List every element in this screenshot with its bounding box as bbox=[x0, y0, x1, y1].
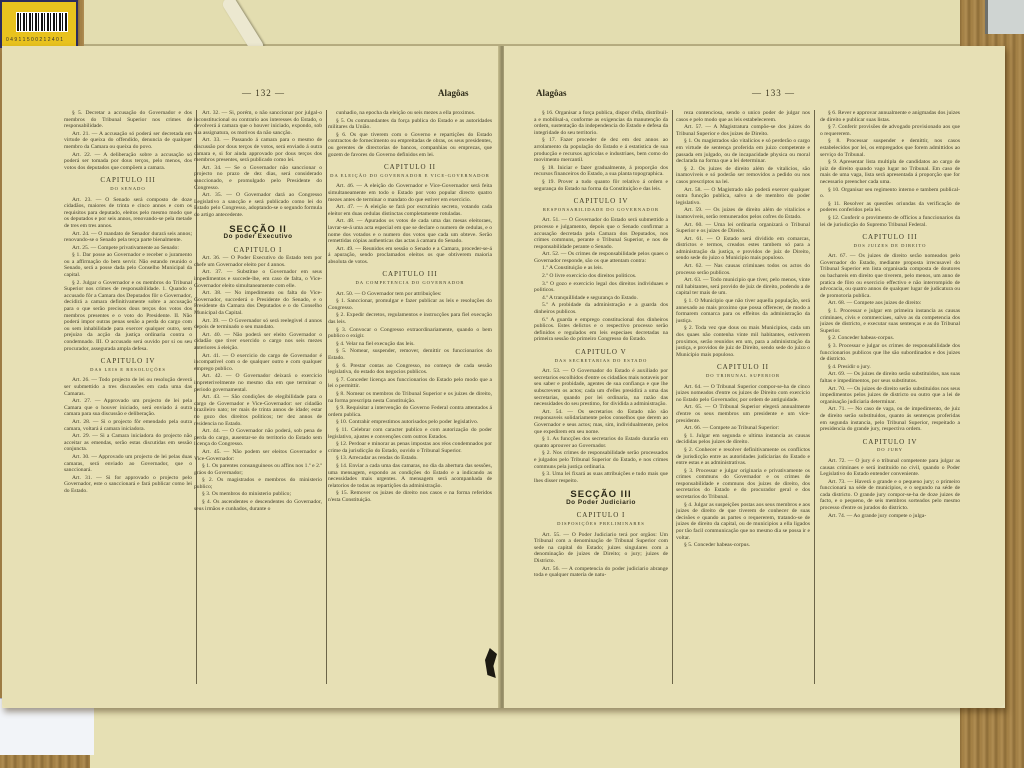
article-paragraph: § 3. Uma lei fixará as suas attribuições… bbox=[534, 471, 668, 484]
article-paragraph: Art. 49. — Reunidos em sessão o Senado e… bbox=[328, 246, 492, 266]
article-paragraph: Art. 61. — O Estado será dividido em com… bbox=[676, 236, 810, 262]
article-paragraph: 5.º A probidade da administração e a gua… bbox=[534, 302, 668, 315]
barcode-icon bbox=[16, 12, 68, 32]
article-paragraph: § 6. Prestar contas ao Congresso, no com… bbox=[328, 363, 492, 376]
article-paragraph: Art. 22. — A deliberação sobre a accusaç… bbox=[64, 152, 192, 172]
article-paragraph: Art. 39. — O Governador só será reelegiv… bbox=[194, 318, 322, 331]
article-paragraph: Art. 65. — O Tribunal Superior elegerá a… bbox=[676, 404, 810, 424]
article-paragraph: § 4. Presidir o jury. bbox=[820, 364, 960, 371]
article-paragraph: § 3. Processar e julgar os crimes de res… bbox=[820, 343, 960, 363]
chapter-heading: CAPITULO I bbox=[534, 512, 668, 519]
article-paragraph: Art. 58. — O Magistrado não poderá exerc… bbox=[676, 187, 810, 207]
article-paragraph: § 10. Organisar seu regimento interno e … bbox=[820, 187, 960, 200]
article-paragraph: § 10. Contrahir emprestimos autorisados … bbox=[328, 419, 492, 426]
article-paragraph: § 12. Perdoar e minorar as penas imposta… bbox=[328, 441, 492, 454]
article-paragraph: 6.º A guarda e emprego constitucional do… bbox=[534, 317, 668, 343]
sub-heading: DO JURY bbox=[820, 447, 960, 454]
sub-heading: DAS LEIS E RESOLUÇÕES bbox=[64, 367, 192, 374]
article-paragraph: Art. 45. — Não podem ser eleitos Governa… bbox=[194, 449, 322, 462]
article-paragraph: § 7. Conceder licença aos funccionarios … bbox=[328, 377, 492, 390]
article-paragraph: § 1. Sanccionar, promulgar e fazer publi… bbox=[328, 298, 492, 311]
article-paragraph: Art. 63. — Todo municipio que tiver, pel… bbox=[676, 277, 810, 297]
right-page: Alagôas — 133 — § 16. Organisar a força … bbox=[504, 46, 1005, 708]
article-paragraph: Art. 48. — Apurados os votos de cada uma… bbox=[328, 218, 492, 244]
article-paragraph: Art. 55. — O Poder Judiciario terá por o… bbox=[534, 532, 668, 565]
article-paragraph: § 2. Conhecer e resolver definitivamente… bbox=[676, 447, 810, 467]
open-book: — 132 — Alagôas § 5. Decretar a accusaçã… bbox=[2, 46, 1005, 708]
sub-heading: DO SENADO bbox=[64, 186, 192, 193]
article-paragraph: Art. 24. — O mandato de Senador durará s… bbox=[64, 231, 192, 244]
chapter-heading: CAPITULO IV bbox=[534, 198, 668, 205]
article-paragraph: Art. 68. — Compete aos juizes de direito… bbox=[820, 300, 960, 307]
article-paragraph: Art. 36. — O Poder Executivo do Estado t… bbox=[194, 255, 322, 268]
sub-heading: DOS JUIZES DE DIREITO bbox=[820, 243, 960, 250]
sub-heading: DA ELEIÇÃO DO GOVERNADOR E VICE-GOVERNAD… bbox=[328, 173, 492, 180]
section-heading: SECÇÃO II bbox=[194, 227, 322, 234]
article-paragraph: Art. 51. — O Governador do Estado será s… bbox=[534, 217, 668, 250]
article-paragraph: Art. 46. — A eleição do Governador e Vic… bbox=[328, 183, 492, 203]
article-paragraph: Art. 71. — No caso de vaga, ou de impedi… bbox=[820, 406, 960, 432]
article-paragraph: § 5. Os commandantes da força publica do… bbox=[328, 118, 492, 131]
article-paragraph: Art. 29. — Si a Camara iniciadora do pro… bbox=[64, 433, 192, 453]
article-paragraph: Art. 25. — Compete privativamente ao Sen… bbox=[64, 245, 192, 252]
right-column-1: § 16. Organisar a força publica, dispor … bbox=[534, 110, 673, 684]
article-paragraph: § 3. Os membros do ministerio publico; bbox=[194, 491, 322, 498]
article-paragraph: § 6. Rever e approvar annualmente e anig… bbox=[820, 110, 960, 123]
article-paragraph: § 8. Processar suspender e demittir, nos… bbox=[820, 138, 960, 158]
left-running-head: Alagôas bbox=[438, 88, 469, 99]
article-paragraph: § 1. Processar e julgar em primeira inst… bbox=[820, 308, 960, 334]
chapter-heading: CAPITULO III bbox=[64, 177, 192, 184]
article-paragraph: § 12. Conferir o provimento de officios … bbox=[820, 215, 960, 228]
article-paragraph: Art. 53. — O Governador do Estado é auxi… bbox=[534, 368, 668, 408]
chapter-heading: CAPITULO V bbox=[534, 349, 668, 356]
article-paragraph: Art. 56. — A competencia do poder judici… bbox=[534, 566, 668, 579]
article-paragraph: § 16. Organisar a força publica, dispor … bbox=[534, 110, 668, 136]
article-paragraph: § 1. Dar posse ao Governador e receber o… bbox=[64, 252, 192, 278]
top-card-sheet bbox=[84, 0, 960, 46]
sub-heading: DAS SECRETARIAS DO ESTADO bbox=[534, 358, 668, 365]
article-paragraph: § 1. O Municipio que não tiver aquella p… bbox=[676, 298, 810, 324]
article-paragraph: Art. 43. — São condições de elegibilidad… bbox=[194, 394, 322, 427]
section-sub-heading: Do Poder Judiciario bbox=[534, 500, 668, 507]
article-paragraph: § 19. Prover a tudo quanto fôr relativo … bbox=[534, 179, 668, 192]
article-paragraph: Art. 52. — Os crimes de responsabilidade… bbox=[534, 251, 668, 264]
chapter-heading: CAPITULO II bbox=[328, 164, 492, 171]
article-paragraph: Art. 28. — Si o projecto fôr emendado pe… bbox=[64, 419, 192, 432]
article-paragraph: reza contenciosa, sendo o unico poder de… bbox=[676, 110, 810, 123]
article-paragraph: Art. 32. — Si, porém, o não sanccionar p… bbox=[194, 110, 322, 136]
article-paragraph: § 5. Nomear, suspender, remover, demitti… bbox=[328, 348, 492, 361]
article-paragraph: § 2. Nos crimes de responsabilidade serã… bbox=[534, 450, 668, 470]
article-paragraph: Art. 64. — O Tribunal Superior compor-se… bbox=[676, 384, 810, 404]
article-paragraph: Art. 38. — No impedimento ou falta do Vi… bbox=[194, 290, 322, 316]
article-paragraph: § 8. Nomear os membros do Tribunal Super… bbox=[328, 391, 492, 404]
chapter-heading: CAPITULO I bbox=[194, 247, 322, 254]
section-heading: SECÇÃO III bbox=[534, 492, 668, 499]
article-paragraph: Art. 72. — O jury é o tribunal competent… bbox=[820, 458, 960, 478]
barcode-package: 0 4 9 1 1 5 0 0 2 1 2 4 0 1 bbox=[0, 0, 78, 48]
article-paragraph: 4.º A tranquillidade e segurança do Esta… bbox=[534, 295, 668, 302]
article-paragraph: § 2. Toda vez que dous ou mais Municipio… bbox=[676, 325, 810, 358]
article-paragraph: Art. 40. — Não poderá ser eleito Governa… bbox=[194, 332, 322, 352]
article-paragraph: § 2. Os juizes de direito além de vitali… bbox=[676, 166, 810, 186]
article-paragraph: § 14. Enviar a cada uma das camaras, no … bbox=[328, 463, 492, 489]
article-paragraph: § 1. Os parentes consanguineos ou affins… bbox=[194, 463, 322, 476]
article-paragraph: § 15. Remover os juizes de direito nos c… bbox=[328, 490, 492, 503]
article-paragraph: Art. 30. — Approvado um projecto de lei … bbox=[64, 454, 192, 474]
article-paragraph: § 17. Fazer proceder de dez em dez annos… bbox=[534, 137, 668, 163]
article-paragraph: Art. 57. — A Magistratura compõe-se dos … bbox=[676, 124, 810, 137]
article-paragraph: Art. 31. — Si for approvado o projecto p… bbox=[64, 475, 192, 495]
chapter-heading: CAPITULO III bbox=[820, 234, 960, 241]
article-paragraph: Art. 69. — Os juizes de direito serão su… bbox=[820, 371, 960, 384]
article-paragraph: Art. 26. — Todo projecto de lei ou resol… bbox=[64, 377, 192, 397]
article-paragraph: Art. 34. — Se o Governador não sancciona… bbox=[194, 165, 322, 191]
article-paragraph: § 11. Resolver as questões oriundas da v… bbox=[820, 201, 960, 214]
article-paragraph: Art. 37. — Substitue o Governador em seu… bbox=[194, 269, 322, 289]
article-paragraph: Art. 44. — O Governador não poderá, sob … bbox=[194, 428, 322, 448]
article-paragraph: § 18. Iniciar e fazer gradualmente, á pr… bbox=[534, 165, 668, 178]
sub-heading: DISPOSIÇÕES PRELIMINARES bbox=[534, 521, 668, 528]
article-paragraph: Art. 54. — Os secretarios do Estado não … bbox=[534, 409, 668, 435]
article-paragraph: § 7. Conferir provisões de advogado prov… bbox=[820, 124, 960, 137]
article-paragraph: Art. 62. — Nas causas criminaes todos os… bbox=[676, 263, 810, 276]
left-page: — 132 — Alagôas § 5. Decretar a accusaçã… bbox=[2, 46, 500, 708]
right-column-2: reza contenciosa, sendo o unico poder de… bbox=[676, 110, 815, 684]
article-paragraph: § 9. Requisitar a intervenção do Governo… bbox=[328, 405, 492, 418]
article-paragraph: § 2. Conceder habeas-corpus. bbox=[820, 335, 960, 342]
article-paragraph: Art. 70. — Os juizes de direito serão su… bbox=[820, 386, 960, 406]
article-paragraph: 3.º O gozo e exercicio legal dos direito… bbox=[534, 281, 668, 294]
article-paragraph: 2.º O livre exercicio dos direitos polit… bbox=[534, 273, 668, 280]
chapter-heading: CAPITULO IV bbox=[64, 358, 192, 365]
article-paragraph: Art. 23. — O Senado será composto de doz… bbox=[64, 197, 192, 230]
sub-heading: RESPONSABILIDADE DO GOVERNADOR bbox=[534, 207, 668, 214]
article-paragraph: § 9. Apresentar lista multipla de candid… bbox=[820, 159, 960, 185]
article-paragraph: Art. 67. — Os juizes de direito serão no… bbox=[820, 253, 960, 299]
article-paragraph: Art. 66. — Compete ao Tribunal Superior: bbox=[676, 425, 810, 432]
article-paragraph: § 3. Processar e julgar originaria e pri… bbox=[676, 468, 810, 501]
article-paragraph: Art. 21. — A accusação só poderá ser dec… bbox=[64, 131, 192, 151]
left-column-2: Art. 32. — Si, porém, o não sanccionar p… bbox=[194, 110, 327, 684]
article-paragraph: § 2. Expedir decretos, regulamentos e in… bbox=[328, 312, 492, 325]
article-paragraph: § 5. Decretar a accusação do Governador … bbox=[64, 110, 192, 130]
chapter-heading: CAPITULO II bbox=[676, 364, 810, 371]
article-paragraph: Art. 73. — Haverá o grande e o pequeno j… bbox=[820, 479, 960, 512]
article-paragraph: Art. 60. — Uma lei ordinaria organizará … bbox=[676, 222, 810, 235]
article-paragraph: § 4. Velar na fiel execução das leis. bbox=[328, 341, 492, 348]
article-paragraph: Art. 41. — O exercicio do cargo de Gover… bbox=[194, 353, 322, 373]
article-paragraph: § 1. Julgar em segunda e ultima instanci… bbox=[676, 433, 810, 446]
barcode-label: 0 4 9 1 1 5 0 0 2 1 2 4 0 1 bbox=[6, 37, 63, 43]
left-column-3: cunhadio, na epocha da eleição ou seis m… bbox=[328, 110, 492, 684]
article-paragraph: § 2. Julgar o Governador e os membros do… bbox=[64, 280, 192, 353]
section-sub-heading: Do poder Executivo bbox=[194, 234, 322, 241]
right-running-head: Alagôas bbox=[536, 88, 567, 99]
chapter-heading: CAPITULO III bbox=[328, 271, 492, 278]
article-paragraph: § 1. As funcções dos secretarios do Esta… bbox=[534, 436, 668, 449]
right-column-3: § 6. Rever e approvar annualmente e anig… bbox=[820, 110, 960, 684]
article-paragraph: Art. 47. — A eleição se fará por escruti… bbox=[328, 204, 492, 217]
article-paragraph: Art. 42. — O Governador deixará o exerci… bbox=[194, 373, 322, 393]
article-paragraph: cunhadio, na epocha da eleição ou seis m… bbox=[328, 110, 492, 117]
article-paragraph: § 1. Os magistrados são vitalicios e só … bbox=[676, 138, 810, 164]
article-paragraph: § 6. Os que tiverem com o Governo e repa… bbox=[328, 132, 492, 158]
article-paragraph: Art. 59. — Os juizes de direito além de … bbox=[676, 207, 810, 220]
right-page-number: — 133 — bbox=[752, 88, 795, 99]
article-paragraph: § 3. Convocar o Congresso extraordinaria… bbox=[328, 327, 492, 340]
metal-clip-object bbox=[985, 0, 1024, 34]
article-paragraph: § 4. Os ascendentes e descendentes do Go… bbox=[194, 499, 322, 512]
article-paragraph: Art. 74. — Ao grande jury compete o julg… bbox=[820, 513, 960, 520]
article-paragraph: Art. 50. — O Governador tem por attribui… bbox=[328, 291, 492, 298]
article-paragraph: Art. 35. — O Governador dará ao Congress… bbox=[194, 192, 322, 218]
left-column-1: § 5. Decretar a accusação do Governador … bbox=[64, 110, 197, 684]
sub-heading: DO TRIBUNAL SUPERIOR bbox=[676, 373, 810, 380]
article-paragraph: Art. 33. — Passando á camara para o mesm… bbox=[194, 137, 322, 163]
chapter-heading: CAPITULO IV bbox=[820, 439, 960, 446]
article-paragraph: § 5. Conceder habeas-corpus. bbox=[676, 542, 810, 549]
left-page-number: — 132 — bbox=[242, 88, 285, 99]
article-paragraph: § 4. Julgar as suspeições postas aos seu… bbox=[676, 502, 810, 542]
sub-heading: DA COMPETENCIA DO GOVERNADOR bbox=[328, 280, 492, 287]
article-paragraph: 1.º A Constituição e as leis. bbox=[534, 265, 668, 272]
article-paragraph: § 2. Os magistrados e membros do ministe… bbox=[194, 477, 322, 490]
article-paragraph: Art. 27. — Approvado um projecto de lei … bbox=[64, 398, 192, 418]
article-paragraph: § 11. Celebrar com caracter publico e co… bbox=[328, 427, 492, 440]
article-paragraph: § 13. Arrecadar as rendas do Estado. bbox=[328, 455, 492, 462]
